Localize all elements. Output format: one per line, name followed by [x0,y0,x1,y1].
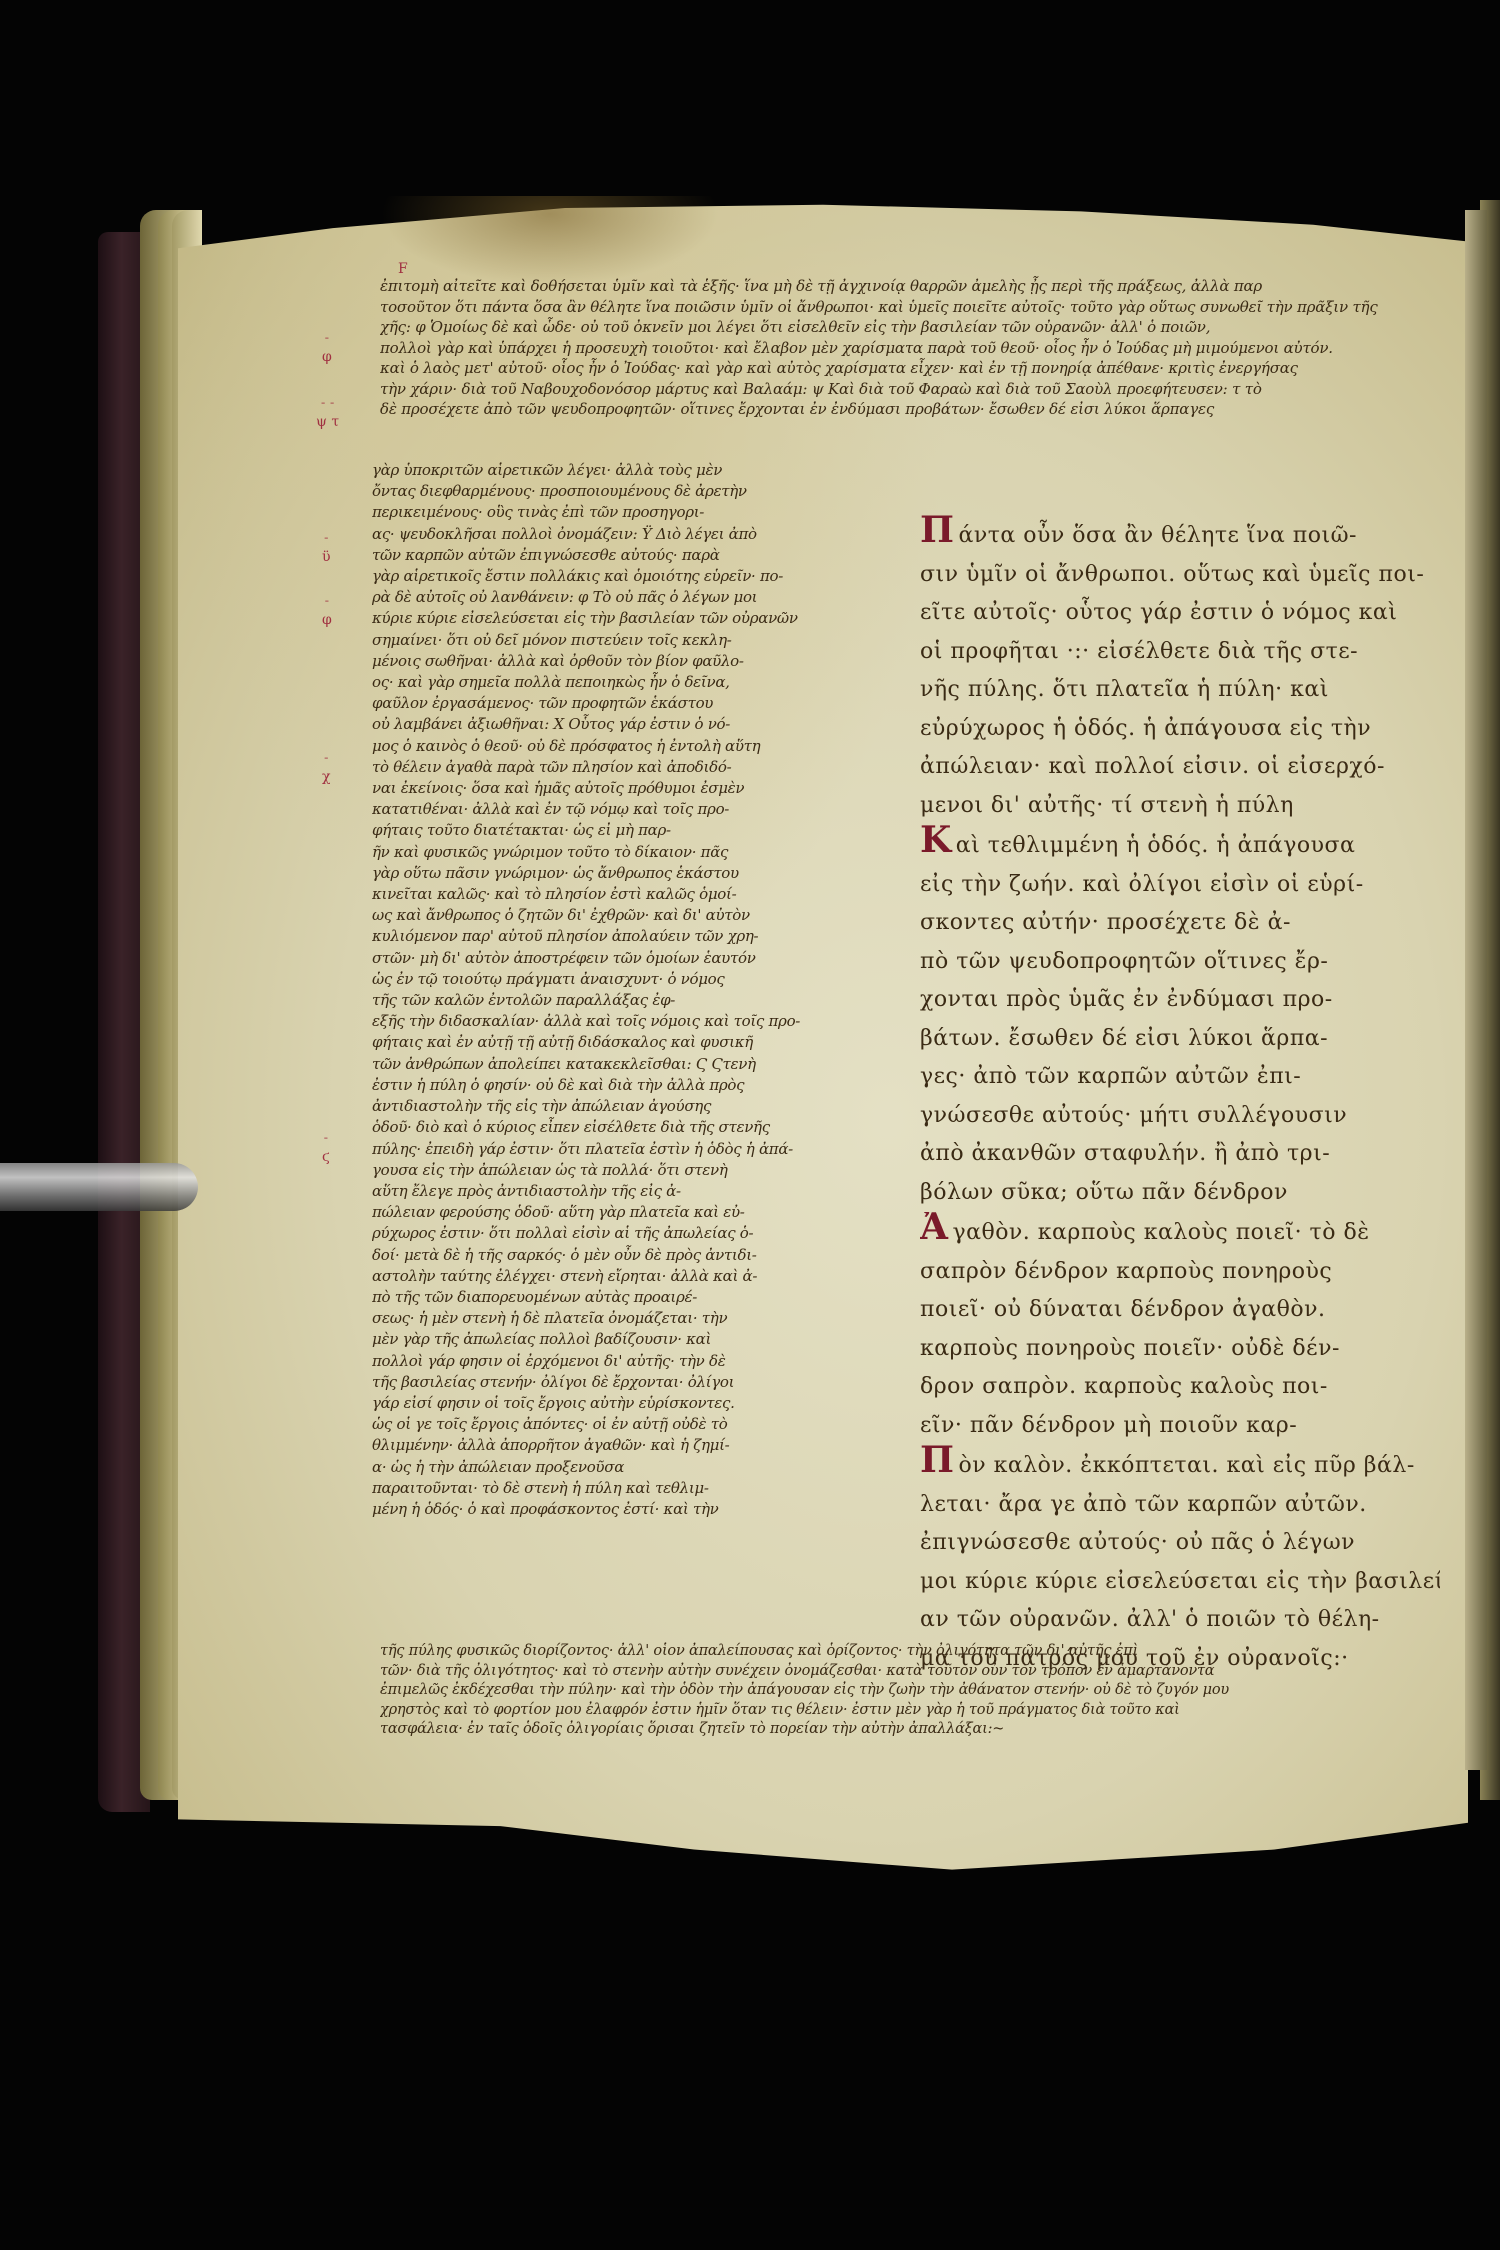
text-line: κινεῖται καλῶς· καὶ τὸ πλησίον ἐστὶ καλῶ… [372,884,860,905]
rubricated-initial: Ἀ [920,1212,948,1248]
text-line: τὸ θέλειν ἀγαθὰ παρὰ τῶν πλησίον καὶ ἀπο… [372,757,860,778]
gospel-line: δρον σαπρὸν. καρποὺς καλοὺς ποι- [920,1368,1440,1407]
text-line: τασφάλεια· ἐν ταῖς ὁδοῖς ὀλιγορίαις ὅρισ… [380,1720,1450,1740]
text-line: ἐπιτομὴ αἰτεῖτε καὶ δοθήσεται ὑμῖν καὶ τ… [380,276,1450,297]
text-line: μένη ἡ ὁδός· ὁ καὶ προφάσκοντος ἐστί· κα… [372,1499,860,1520]
gospel-line-text: εὐρύχωρος ἡ ὁδός. ἡ ἀπάγουσα εἰς τὴν [920,716,1371,741]
gospel-line: μενοι δι' αὐτῆς· τί στενὴ ἡ πύλη [920,787,1440,826]
text-line: τῆς βασιλείας στενήν· ὀλίγοι δὲ ἔρχονται… [372,1372,860,1393]
margin-note: ˉϛ [322,1135,330,1165]
gospel-text-column: ΝΑ / ΕΠάντα οὖν ὅσα ἂν θέλητε ἵνα ποιῶ-σ… [920,515,1440,1678]
gospel-line-text: σιν ὑμῖν οἱ ἄνθρωποι. οὕτως καὶ ὑμεῖς πο… [920,562,1424,587]
text-line: τοσοῦτον ὅτι πάντα ὅσα ἂν θέλητε ἵνα ποι… [380,297,1450,318]
gospel-line: βόλων σῦκα; οὕτω πᾶν δένδρον [920,1174,1440,1213]
text-line: σεως· ἡ μὲν στενὴ ἡ δὲ πλατεῖα ὀνομάζετα… [372,1308,860,1329]
margin-note: ˉφ [322,598,332,628]
gospel-line: σαπρὸν δένδρον καρποὺς πονηροὺς [920,1253,1440,1292]
commentary-bottom-block: τῆς πύλης φυσικῶς διορίζοντος· ἀλλ' οἷον… [380,1642,1450,1740]
text-line: τῆς τῶν καλῶν ἐντολῶν παραλλάξας ἐφ- [372,990,860,1011]
text-line: μὲν γὰρ τῆς ἀπωλείας πολλοὶ βαδίζουσιν· … [372,1329,860,1350]
text-line: φαῦλον ἐργασάμενος· τῶν προφητῶν ἑκάστου [372,693,860,714]
text-line: φήταις τοῦτο διατέτακται· ὡς εἰ μὴ παρ- [372,820,860,841]
gospel-line: ἀπώλειαν· καὶ πολλοί εἰσιν. οἱ εἰσερχό- [920,748,1440,787]
text-line: χῆς: φ Ὁμοίως δὲ καὶ ὧδε· οὐ τοῦ ὀκνεῖν … [380,317,1450,338]
gospel-line: ΝΕ / Ενῆς πύλης. ὅτι πλατεῖα ἡ πύλη· καὶ [920,671,1440,710]
text-line: γὰρ οὕτω πᾶσιν γνώριμον· ὡς ἄνθρωπος ἑκά… [372,863,860,884]
text-line: σημαίνει· ὅτι οὐ δεῖ μόνον πιστεύειν τοῖ… [372,630,860,651]
gospel-line-text: ἀπὸ ἀκανθῶν σταφυλήν. ἢ ἀπὸ τρι- [920,1141,1330,1166]
gospel-line: ΝϚ / Ιπὸ τῶν ψευδοπροφητῶν οἵτινες ἔρ- [920,943,1440,982]
commentary-top-block: ἐπιτομὴ αἰτεῖτε καὶ δοθήσεται ὑμῖν καὶ τ… [380,276,1450,420]
gospel-line: βάτων. ἔσωθεν δέ εἰσι λύκοι ἅρπα- [920,1020,1440,1059]
gospel-line-text: εῖν· πᾶν δένδρον μὴ ποιοῦν καρ- [920,1413,1297,1438]
text-line: ως καὶ ἄνθρωπος ὁ ζητῶν δι' ἐχθρῶν· καὶ … [372,905,860,926]
text-line: κατατιθέναι· ἀλλὰ καὶ ἐν τῷ νόμῳ καὶ τοῖ… [372,799,860,820]
text-line: πολλοὶ γάρ φησιν οἱ ἐρχόμενοι δι' αὐτῆς·… [372,1351,860,1372]
text-line: δοί· μετὰ δὲ ἡ τῆς σαρκός· ὁ μὲν οὖν δὲ … [372,1245,860,1266]
gospel-line-text: σκοντες αὐτήν· προσέχετε δὲ ἀ- [920,910,1291,935]
rubricated-initial: Κ [920,825,952,861]
text-line: ος· καὶ γὰρ σημεῖα πολλὰ πεποιηκὼς ἦν ὁ … [372,672,860,693]
gospel-line-text: γνώσεσθε αὐτούς· μήτι συλλέγουσιν [920,1103,1347,1128]
gospel-line: εῖν· πᾶν δένδρον μὴ ποιοῦν καρ- [920,1407,1440,1446]
text-line: περικειμένους· οὓς τινὰς ἐπὶ τῶν προσηγο… [372,502,860,523]
gutter-shadow [1465,210,1487,1770]
margin-note: ˉφ [322,335,332,365]
gospel-line-text: εῖτε αὐτοῖς· οὗτος γάρ ἐστιν ὁ νόμος καὶ [920,600,1397,625]
gospel-line-text: γες· ἀπὸ τῶν καρπῶν αὐτῶν ἐπι- [920,1064,1301,1089]
gospel-line-text: οἱ προφῆται ·:· εἰσέλθετε διὰ τῆς στε- [920,639,1358,664]
gospel-line-text: καρποὺς πονηροὺς ποιεῖν· οὐδὲ δέν- [920,1336,1340,1361]
rubric-mark: F [398,262,408,277]
gospel-line: Πὸν καλὸν. ἐκκόπτεται. καὶ εἰς πῦρ βάλ- [920,1445,1440,1486]
text-line: ὡς οἱ γε τοῖς ἔργοις ἀπόντες· οἱ ἐν αὐτῇ… [372,1414,860,1435]
gospel-line-text: χονται πρὸς ὑμᾶς ἐν ἐνδύμασι προ- [920,987,1333,1012]
gospel-line-text: νῆς πύλης. ὅτι πλατεῖα ἡ πύλη· καὶ [920,677,1329,702]
text-line: κύριε κύριε εἰσελεύσεται εἰς τὴν βασιλεί… [372,608,860,629]
gospel-line-text: ποιεῖ· οὐ δύναται δένδρον ἀγαθὸν. [920,1297,1325,1322]
text-line: τὴν χάριν· διὰ τοῦ Ναβουχοδονόσορ μάρτυς… [380,379,1450,400]
gospel-line: οἱ προφῆται ·:· εἰσέλθετε διὰ τῆς στε- [920,633,1440,672]
text-line: αὕτη ἔλεγε πρὸς ἀντιδιαστολὴν τῆς εἰς ἀ- [372,1181,860,1202]
gospel-line: ΝΗ / ΕἈγαθὸν. καρποὺς καλοὺς ποιεῖ· τὸ δ… [920,1212,1440,1253]
gospel-line: καρποὺς πονηροὺς ποιεῖν· οὐδὲ δέν- [920,1330,1440,1369]
text-line: στῶν· μὴ δι' αὐτὸν ἀποστρέφειν τῶν ὁμοίω… [372,948,860,969]
gospel-line: ποιεῖ· οὐ δύναται δένδρον ἀγαθὸν. [920,1291,1440,1330]
gospel-line-text: βάτων. ἔσωθεν δέ εἰσι λύκοι ἅρπα- [920,1026,1328,1051]
water-stain [380,196,720,286]
gospel-line: εῖτε αὐτοῖς· οὗτος γάρ ἐστιν ὁ νόμος καὶ [920,594,1440,633]
margin-note: ˉ ˉψ τ [316,400,339,430]
text-line: ναι ἐκείνοις· ὅσα καὶ ἡμᾶς αὐτοῖς πρόθυμ… [372,778,860,799]
gospel-line-text: εἰς τὴν ζωήν. καὶ ὀλίγοι εἰσὶν οἱ εὑρί- [920,872,1364,897]
text-line: τῶν ἀνθρώπων ἀπολείπει κατακεκλεῖσθαι: Ϛ… [372,1054,860,1075]
text-line: μος ὁ καινὸς ὁ θεοῦ· οὐ δὲ πρόσφατος ἡ ἐ… [372,736,860,757]
gospel-line: γες· ἀπὸ τῶν καρπῶν αὐτῶν ἐπι- [920,1058,1440,1097]
gospel-line: ΝΘ / Γμοι κύριε κύριε εἰσελεύσεται εἰς τ… [920,1563,1440,1602]
text-line: φήταις καὶ ἐν αὐτῇ τῇ αὐτῇ διδάσκαλος κα… [372,1032,860,1053]
gospel-line: ἀπὸ ἀκανθῶν σταφυλήν. ἢ ἀπὸ τρι- [920,1135,1440,1174]
gospel-line-text: άντα οὖν ὅσα ἂν θέλητε ἵνα ποιῶ- [959,523,1357,548]
gospel-line-text: μοι κύριε κύριε εἰσελεύσεται εἰς τὴν βασ… [920,1569,1440,1594]
text-line: ὁδοῦ· διὸ καὶ ὁ κύριος εἶπεν εἰσέλθετε δ… [372,1117,860,1138]
gospel-line-text: ὸν καλὸν. ἐκκόπτεται. καὶ εἰς πῦρ βάλ- [959,1453,1415,1478]
text-line: ἀντιδιαστολὴν τῆς εἰς τὴν ἀπώλειαν ἀγούσ… [372,1096,860,1117]
text-line: γάρ εἰσί φησιν οἱ τοῖς ἔργοις αὐτὴν εὑρί… [372,1393,860,1414]
text-line: ἐπιμελῶς ἐκδέχεσθαι τὴν πύλην· καὶ τὴν ὁ… [380,1681,1450,1701]
text-line: ρὰ δὲ αὐτοῖς οὐ λανθάνειν: φ Τὸ οὐ πᾶς ὁ… [372,587,860,608]
text-line: ρύχωρος ἐστιν· ὅτι πολλαὶ εἰσὶν αἱ τῆς ἀ… [372,1223,860,1244]
rubricated-initial: Π [920,515,955,551]
text-line: γὰρ ὑποκριτῶν αἱρετικῶν λέγει· ἀλλὰ τοὺς… [372,460,860,481]
gospel-line: ἐπιγνώσεσθε αὐτούς· οὐ πᾶς ὁ λέγων [920,1524,1440,1563]
gospel-line-text: βόλων σῦκα; οὕτω πᾶν δένδρον [920,1180,1288,1205]
gospel-line: σιν ὑμῖν οἱ ἄνθρωποι. οὕτως καὶ ὑμεῖς πο… [920,556,1440,595]
gospel-line-text: λεται· ἄρα γε ἀπὸ τῶν καρπῶν αὐτῶν. [920,1492,1367,1517]
commentary-left-column: γὰρ ὑποκριτῶν αἱρετικῶν λέγει· ἀλλὰ τοὺς… [372,460,860,1520]
text-line: ῆν καὶ φυσικῶς γνώριμον τοῦτο τὸ δίκαιον… [372,842,860,863]
gospel-line-text: ἐπιγνώσεσθε αὐτούς· οὐ πᾶς ὁ λέγων [920,1530,1355,1555]
text-line: δὲ προσέχετε ἀπὸ τῶν ψευδοπροφητῶν· οἵτι… [380,399,1450,420]
text-line: ἐστιν ἡ πύλη ὁ φησίν· οὐ δὲ καὶ διὰ τὴν … [372,1075,860,1096]
text-line: πύλης· ἐπειδὴ γάρ ἐστιν· ὅτι πλατεῖα ἐστ… [372,1139,860,1160]
gospel-line: σκοντες αὐτήν· προσέχετε δὲ ἀ- [920,904,1440,943]
gospel-line: εὐρύχωρος ἡ ὁδός. ἡ ἀπάγουσα εἰς τὴν [920,710,1440,749]
text-line: τῶν καρπῶν αὐτῶν ἐπιγνώσεσθε αὐτούς· παρ… [372,545,860,566]
gospel-line: αν τῶν οὐρανῶν. ἀλλ' ὁ ποιῶν τὸ θέλη- [920,1601,1440,1640]
rubricated-initial: Π [920,1445,955,1481]
manuscript-photo: F ἐπιτομὴ αἰτεῖτε καὶ δοθήσεται ὑμῖν καὶ… [0,0,1500,2250]
text-line: ὡς ἐν τῷ τοιούτῳ πράγματι ἀναισχυντ· ὁ ν… [372,969,860,990]
text-line: καὶ ὁ λαὸς μετ' αὐτοῦ· οἷος ἦν ὁ Ἰούδας·… [380,358,1450,379]
gospel-line-text: γαθὸν. καρποὺς καλοὺς ποιεῖ· τὸ δὲ [952,1220,1369,1245]
gospel-line: χονται πρὸς ὑμᾶς ἐν ἐνδύμασι προ- [920,981,1440,1020]
gospel-line-text: πὸ τῶν ψευδοπροφητῶν οἵτινες ἔρ- [920,949,1328,974]
text-line: γὰρ αἱρετικοῖς ἔστιν πολλάκις καὶ ὁμοιότ… [372,566,860,587]
gospel-line-text: μενοι δι' αὐτῆς· τί στενὴ ἡ πύλη [920,793,1294,818]
gospel-line-text: ἀπώλειαν· καὶ πολλοί εἰσιν. οἱ εἰσερχό- [920,754,1385,779]
text-line: τῶν· διὰ τῆς ὀλιγότητος· καὶ τὸ στενὴν α… [380,1662,1450,1682]
text-line: γουσα εἰς τὴν ἀπώλειαν ὡς τὰ πολλά· ὅτι … [372,1160,860,1181]
text-line: εξῆς τὴν διδασκαλίαν· ἀλλὰ καὶ τοῖς νόμο… [372,1011,860,1032]
text-line: ὄντας διεφθαρμένους· προσποιουμένους δὲ … [372,481,860,502]
margin-note: ˉχ [322,755,330,785]
gospel-line: ΝΑ / ΕΠάντα οὖν ὅσα ἂν θέλητε ἵνα ποιῶ- [920,515,1440,556]
glass-page-weight [0,1163,198,1211]
text-line: πώλειαν φερούσης ὁδοῦ· αὕτη γὰρ πλατεῖα … [372,1202,860,1223]
gospel-line: λεται· ἄρα γε ἀπὸ τῶν καρπῶν αὐτῶν. [920,1486,1440,1525]
gospel-line: ΝΖ / Εγνώσεσθε αὐτούς· μήτι συλλέγουσιν [920,1097,1440,1136]
gospel-line-text: αὶ τεθλιμμένη ἡ ὁδός. ἡ ἀπάγουσα [956,833,1356,858]
text-line: πολλοὶ γὰρ καὶ ὑπάρχει ἡ προσευχὴ τοιοῦτ… [380,338,1450,359]
text-line: πὸ τῆς τῶν διαπορευομένων αὐτὰς προαιρέ- [372,1287,860,1308]
text-line: ας· ψευδοκλῆσαι πολλοὶ ὀνομάζειν: Ϋ Διὸ … [372,524,860,545]
text-line: χρηστὸς καὶ τὸ φορτίον μου ἐλαφρόν ἐστιν… [380,1701,1450,1721]
text-line: μένοις σωθῆναι· ἀλλὰ καὶ ὀρθοῦν τὸν βίον… [372,651,860,672]
text-line: θλιμμένην· ἀλλὰ ἀπορρῆτον ἀγαθῶν· καὶ ἡ … [372,1435,860,1456]
gospel-line-text: σαπρὸν δένδρον καρποὺς πονηροὺς [920,1259,1332,1284]
gospel-line-text: δρον σαπρὸν. καρποὺς καλοὺς ποι- [920,1374,1328,1399]
text-line: τῆς πύλης φυσικῶς διορίζοντος· ἀλλ' οἷον… [380,1642,1450,1662]
text-line: αστολὴν ταύτης ἐλέγχει· στενὴ εἴρηται· ἀ… [372,1266,860,1287]
text-line: παραιτοῦνται· τὸ δὲ στενὴ ἡ πύλη καὶ τεθ… [372,1478,860,1499]
text-line: οὐ λαμβάνει ἀξιωθῆναι: Χ Οὗτος γάρ ἐστιν… [372,714,860,735]
text-line: κυλιόμενον παρ' αὐτοῦ πλησίον ἀπολαύειν … [372,926,860,947]
margin-note: ˉϋ [322,535,331,565]
gospel-line-text: αν τῶν οὐρανῶν. ἀλλ' ὁ ποιῶν τὸ θέλη- [920,1607,1380,1632]
gospel-line: Καὶ τεθλιμμένη ἡ ὁδός. ἡ ἀπάγουσα [920,825,1440,866]
gospel-line: εἰς τὴν ζωήν. καὶ ὀλίγοι εἰσὶν οἱ εὑρί- [920,866,1440,905]
text-line: α· ὡς ἡ τὴν ἀπώλειαν προξενοῦσα [372,1457,860,1478]
